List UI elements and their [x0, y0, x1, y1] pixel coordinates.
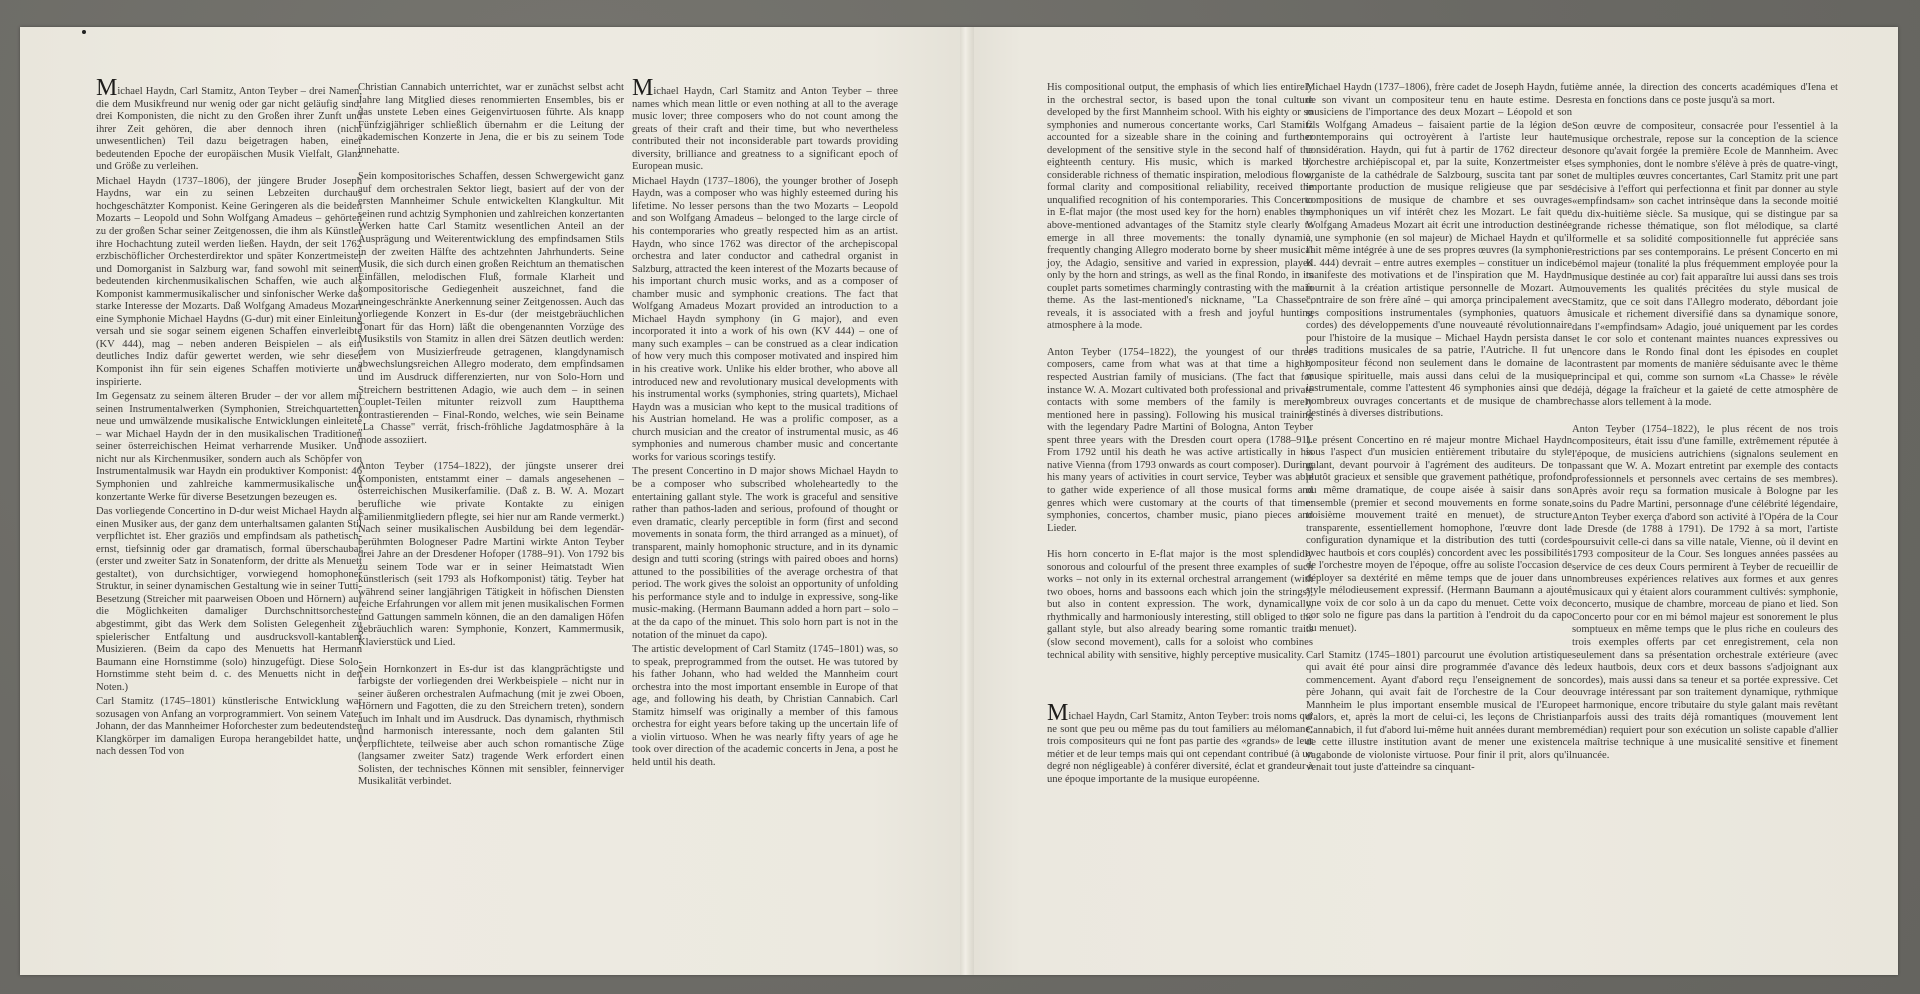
column-french-2: ième année, la direction des concerts ac…	[1572, 82, 1838, 764]
column-english-2: His compositional output, the emphasis o…	[1047, 82, 1313, 788]
paragraph: His horn concerto in E-flat major is the…	[1047, 549, 1313, 662]
paragraph: Das vorliegende Concertino in D-dur weis…	[96, 506, 362, 694]
column-french-1: Michael Haydn (1737–1806), frère cadet d…	[1306, 82, 1572, 777]
paragraph: Sein kompositorisches Schaffen, dessen S…	[358, 171, 624, 447]
booklet-spread: Michael Haydn, Carl Stamitz, Anton Teybe…	[20, 27, 1898, 975]
paragraph: ième année, la direction des concerts ac…	[1572, 82, 1838, 107]
paragraph-french-intro: Michael Haydn, Carl Stamitz, Anton Teybe…	[1047, 704, 1313, 786]
drop-cap: M	[1047, 700, 1068, 726]
paragraph: Sein Hornkonzert in Es-dur ist das klang…	[358, 664, 624, 789]
drop-cap: M	[96, 75, 117, 101]
paragraph: The artistic development of Carl Stamitz…	[632, 644, 898, 769]
paragraph: Son œuvre de compositeur, consacrée pour…	[1572, 121, 1838, 410]
column-english-1: Michael Haydn, Carl Stamitz and Anton Te…	[632, 79, 898, 772]
paragraph: Im Gegensatz zu seinem älteren Bruder – …	[96, 391, 362, 504]
paragraph: Michael Haydn (1737–1806), frère cadet d…	[1306, 82, 1572, 421]
column-german-1: Michael Haydn, Carl Stamitz, Anton Teybe…	[96, 79, 362, 761]
paragraph: Carl Stamitz (1745–1801) künstlerische E…	[96, 696, 362, 759]
paragraph: Michael Haydn (1737–1806), der jüngere B…	[96, 176, 362, 389]
paragraph: Michael Haydn, Carl Stamitz and Anton Te…	[632, 79, 898, 174]
paragraph: Le présent Concertino en ré majeur montr…	[1306, 435, 1572, 636]
paragraph: Anton Teyber (1754–1822), the youngest o…	[1047, 347, 1313, 535]
paragraph: Carl Stamitz (1745–1801) parcourut une é…	[1306, 650, 1572, 775]
paragraph: Anton Teyber (1754–1822), der jüngste un…	[358, 461, 624, 649]
paragraph: Michael Haydn (1737–1806), the younger b…	[632, 176, 898, 465]
paragraph: Michael Haydn, Carl Stamitz, Anton Teybe…	[96, 79, 362, 174]
column-german-2: Christian Cannabich unterrichtet, war er…	[358, 82, 624, 791]
booklet-spine	[960, 27, 974, 975]
paragraph: His compositional output, the emphasis o…	[1047, 82, 1313, 333]
page-marker-dot	[82, 30, 86, 34]
drop-cap: M	[632, 75, 653, 101]
paragraph: The present Concertino in D major shows …	[632, 466, 898, 642]
paragraph: Christian Cannabich unterrichtet, war er…	[358, 82, 624, 157]
paragraph: Anton Teyber (1754–1822), le plus récent…	[1572, 424, 1838, 763]
